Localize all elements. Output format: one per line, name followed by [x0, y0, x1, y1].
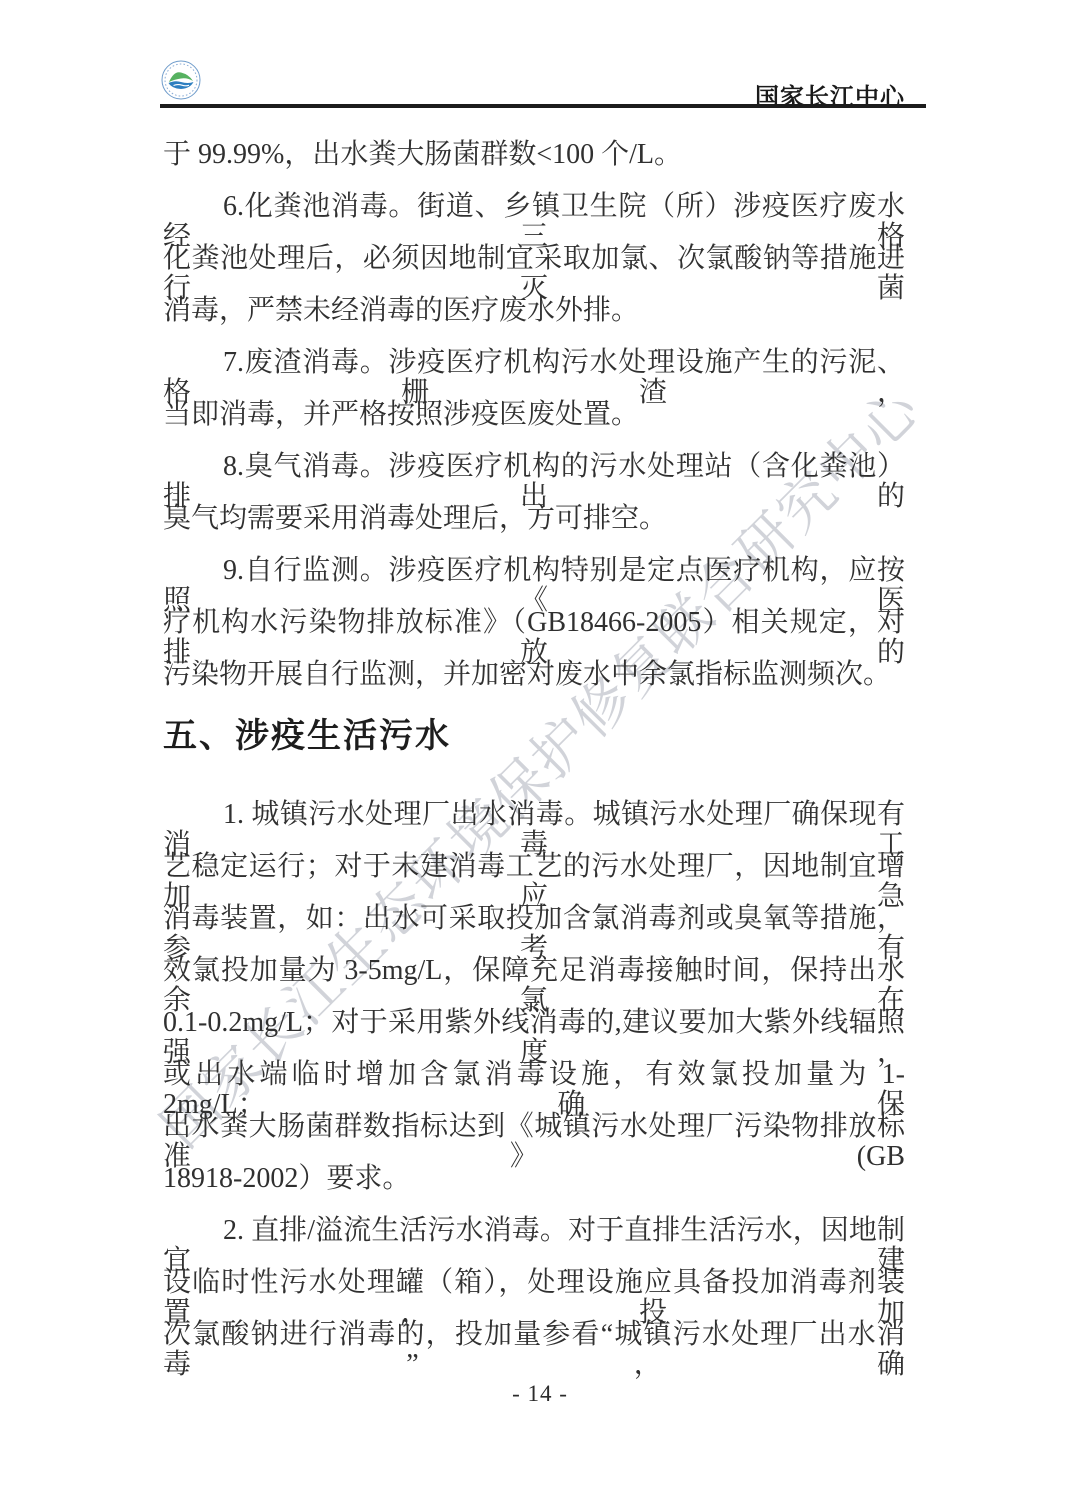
org-logo-icon: [161, 60, 201, 100]
body-line: 18918-2002）要求。: [163, 1164, 905, 1194]
body-line: 次氯酸钠进行消毒的，投加量参看“城镇污水处理厂出水消毒”，确: [163, 1320, 905, 1380]
body-line: 臭气均需要采用消毒处理后，方可排空。: [163, 504, 905, 534]
body-line: 于 99.99%，出水粪大肠菌群数<100 个/L。: [163, 140, 905, 170]
section-heading: 五、涉疫生活污水: [163, 716, 905, 756]
page-number: - 14 -: [0, 1381, 1080, 1407]
body-line: 当即消毒，并严格按照涉疫医废处置。: [163, 400, 905, 430]
document-page: 国家长江生态环境保护修复联合研究中心 国家长江中心 于 99.99%，出水粪大肠…: [0, 0, 1080, 1511]
body-line: 污染物开展自行监测，并加密对废水中余氯指标监测频次。: [163, 660, 905, 690]
body-line: 消毒，严禁未经消毒的医疗废水外排。: [163, 296, 905, 326]
header-rule: [160, 104, 926, 108]
